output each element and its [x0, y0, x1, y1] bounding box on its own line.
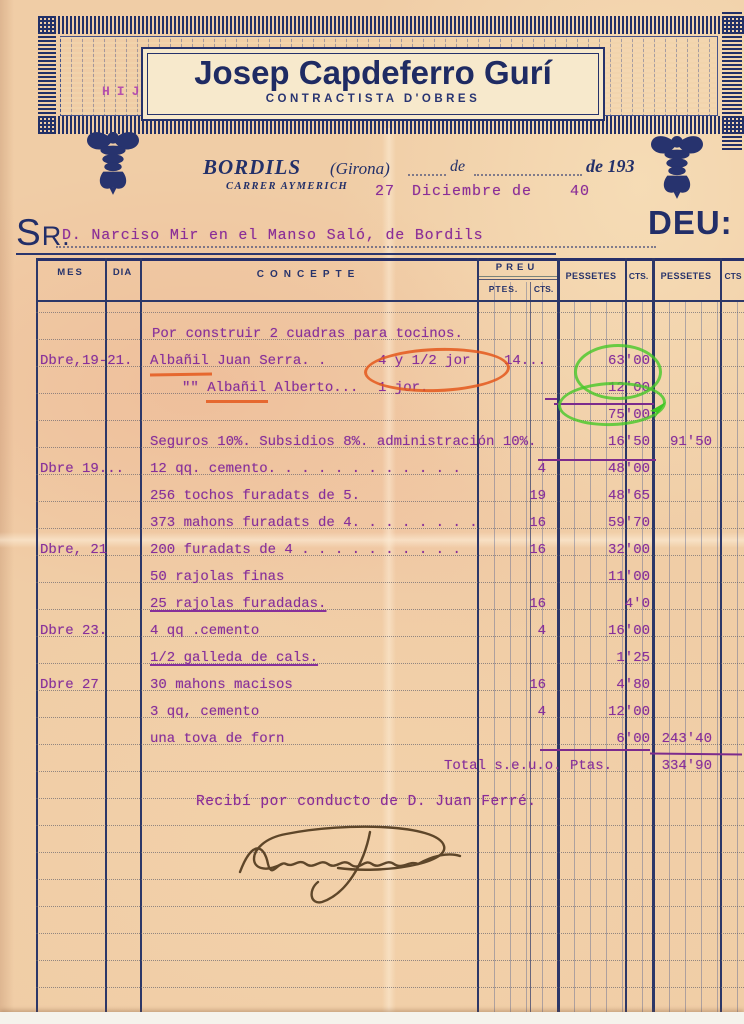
- row-text: 30 mahons macisos: [150, 677, 293, 693]
- row-p1: 48'65: [560, 488, 650, 504]
- row-mes: Dbre,19-21.: [40, 353, 132, 369]
- row-p2: 91'50: [620, 434, 712, 450]
- row-preu: 4: [484, 461, 546, 477]
- orange-underline-annotation: [206, 400, 268, 403]
- de-193-label: de 193: [586, 156, 635, 177]
- sum-underline-6-00: [540, 749, 650, 751]
- col-header-ptes: PTES.: [477, 284, 530, 294]
- typed-month: Diciembre de: [412, 183, 532, 200]
- row-line: [36, 960, 744, 961]
- row-text: 256 tochos furadats de 5.: [150, 488, 360, 504]
- col-header-preu: PREU: [477, 262, 557, 273]
- frame-left-band: [38, 16, 56, 134]
- typed-day: 27: [375, 183, 395, 200]
- row-text: 25 rajolas furadadas.: [150, 596, 326, 612]
- frame-right-band: [722, 10, 742, 150]
- row-preu: 19: [484, 488, 546, 504]
- row-line: [36, 312, 744, 313]
- handwritten-signature: [222, 806, 478, 904]
- table-row: Total s.e.u.o. Ptas.334'90: [36, 754, 744, 781]
- eagle-ornament-right: [648, 130, 706, 202]
- row-line: [36, 906, 744, 907]
- row-mes: Dbre 23.: [40, 623, 107, 639]
- row-preu: 16: [484, 596, 546, 612]
- col-header-dia: DIA: [105, 267, 140, 278]
- table-row: Dbre 19...12 qq. cemento. . . . . . . . …: [36, 457, 744, 484]
- table-top-rule: [36, 258, 744, 261]
- row-p1: 48'00: [560, 461, 650, 477]
- city-label: BORDILS: [203, 155, 301, 180]
- sum-underline-16-50: [538, 459, 656, 461]
- company-name-panel: Josep Capdeferro Gurí CONTRACTISTA D'OBR…: [141, 47, 605, 121]
- row-p1: 12'00: [560, 704, 650, 720]
- row-mes: Dbre 27: [40, 677, 99, 693]
- row-text: 50 rajolas finas: [150, 569, 284, 585]
- col-header-pessetes-2: PESSETES: [652, 271, 720, 281]
- scan-edge-shadow: [0, 0, 14, 1024]
- preu-rule: [477, 279, 557, 280]
- sum-dash-12-00: [545, 398, 557, 400]
- col-header-concepte: CONCEPTE: [140, 269, 477, 280]
- dotted-leader: [408, 174, 446, 176]
- green-arrow-annotation: [648, 400, 668, 422]
- row-mes: Dbre 19...: [40, 461, 124, 477]
- table-row: Seguros 10%. Subsidios 8%. administració…: [36, 430, 744, 457]
- table-row: 1/2 galleda de cals.1'25: [36, 646, 744, 673]
- row-p1: 1'25: [560, 650, 650, 666]
- frame-top-band: [38, 16, 744, 34]
- row-text: "" Albañil Alberto...: [182, 380, 358, 396]
- table-row: 25 rajolas furadadas.164'0: [36, 592, 744, 619]
- preu-rule: [477, 276, 557, 277]
- dotted-leader: [474, 174, 582, 176]
- row-p2: 243'40: [620, 731, 712, 747]
- row-preu: 16: [484, 515, 546, 531]
- row-p1: 11'00: [560, 569, 650, 585]
- row-text: 12 qq. cemento. . . . . . . . . . . .: [150, 461, 461, 477]
- province-label: (Girona): [330, 159, 390, 179]
- table-row: Por construir 2 cuadras para tocinos.: [36, 322, 744, 349]
- row-p1: 4'0: [560, 596, 650, 612]
- row-line: [36, 933, 744, 934]
- table-row: 50 rajolas finas11'00: [36, 565, 744, 592]
- row-preu: 16: [484, 677, 546, 693]
- row-text: 200 furadats de 4 . . . . . . . . . .: [150, 542, 461, 558]
- row-preu: 16: [484, 542, 546, 558]
- row-text: una tova de forn: [150, 731, 284, 747]
- table-row: 373 mahons furadats de 4. . . . . . . .1…: [36, 511, 744, 538]
- row-text: Total s.e.u.o. Ptas.: [444, 758, 612, 774]
- row-text: 4 qq .cemento: [150, 623, 259, 639]
- street-label: CARRER AYMERICH: [226, 181, 348, 192]
- company-subtitle: CONTRACTISTA D'OBRES: [143, 93, 603, 105]
- typed-addressee-name: D. Narciso Mir en el Manso Saló, de Bord…: [62, 227, 483, 244]
- row-text: Por construir 2 cuadras para tocinos.: [152, 326, 463, 342]
- table-row: Dbre 23.4 qq .cemento416'00: [36, 619, 744, 646]
- col-header-cts-2: CTS: [720, 271, 744, 281]
- row-p1: 16'00: [560, 623, 650, 639]
- row-p2: 334'90: [620, 758, 712, 774]
- table-row: Dbre 2730 mahons macisos164'80: [36, 673, 744, 700]
- row-p1: 59'70: [560, 515, 650, 531]
- row-text: 373 mahons furadats de 4. . . . . . . .: [150, 515, 478, 531]
- table-row: Dbre, 21200 furadats de 4 . . . . . . . …: [36, 538, 744, 565]
- col-header-pessetes-1: PESSETES: [557, 271, 625, 281]
- table-header-rule: [36, 300, 744, 302]
- typed-year: 40: [570, 183, 590, 200]
- row-p1: 4'80: [560, 677, 650, 693]
- addressee-rule: [16, 253, 556, 255]
- eagle-ornament-left: [84, 126, 142, 198]
- row-text: Albañil Juan Serra. .: [150, 353, 326, 369]
- row-line: [36, 987, 744, 988]
- col-header-mes: MES: [36, 267, 105, 278]
- row-text: Seguros 10%. Subsidios 8%. administració…: [150, 434, 536, 450]
- de-label: de: [450, 158, 465, 176]
- scan-bottom-edge: [0, 1012, 744, 1024]
- table-row: 256 tochos furadats de 5.1948'65: [36, 484, 744, 511]
- table-row: 3 qq, cemento412'00: [36, 700, 744, 727]
- deu-label: DEU:: [648, 204, 733, 242]
- col-header-cts-1: CTS.: [625, 271, 652, 281]
- row-text: 3 qq, cemento: [150, 704, 259, 720]
- scanned-invoice: HIJO DE Josep Capdeferro Gurí CONTRACTIS…: [0, 0, 744, 1024]
- row-preu: 4: [484, 623, 546, 639]
- row-preu: 4: [484, 704, 546, 720]
- row-mes: Dbre, 21: [40, 542, 107, 558]
- col-header-cts: CTS.: [530, 284, 557, 294]
- row-text: 1/2 galleda de cals.: [150, 650, 318, 666]
- company-name: Josep Capdeferro Gurí: [143, 54, 603, 92]
- addressee-dotted-line: [56, 246, 656, 248]
- row-p1: 32'00: [560, 542, 650, 558]
